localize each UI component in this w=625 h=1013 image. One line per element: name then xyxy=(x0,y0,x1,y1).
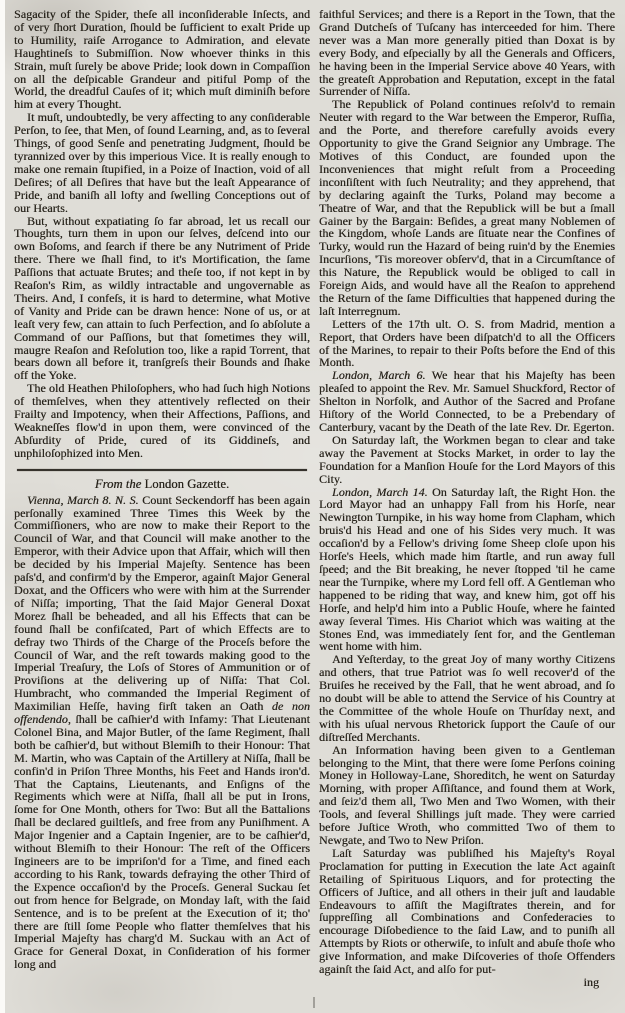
article-paragraph: The old Heathen Philoſophers, who had ſu… xyxy=(14,382,310,459)
article-paragraph: London, March 14. On Saturday laſt, the … xyxy=(319,486,615,654)
dateline-vienna: Vienna, March 8. N. S. xyxy=(27,493,139,507)
paragraph-text: On Saturday laſt, the Right Hon. the Lor… xyxy=(319,485,615,654)
gazette-heading-from: From the xyxy=(95,477,141,491)
section-divider xyxy=(17,469,307,471)
scan-artifact-mark xyxy=(313,997,315,1008)
scanned-page: Sagacity of the Spider, theſe all inconſ… xyxy=(0,0,625,1013)
left-column: Sagacity of the Spider, theſe all inconſ… xyxy=(14,8,310,971)
dateline-london-march-6: London, March 6. xyxy=(332,368,426,382)
right-column: faithful Services; and there is a Report… xyxy=(319,8,615,989)
article-paragraph: Letters of the 17th ult. O. S. from Madr… xyxy=(319,318,615,370)
catchword: ing xyxy=(319,976,615,989)
article-paragraph: It muſt, undoubtedly, be very affecting … xyxy=(14,111,310,214)
article-paragraph: On Saturday laſt, the Workmen began to c… xyxy=(319,434,615,486)
article-paragraph: But, without expatiating ſo far abroad, … xyxy=(14,215,310,383)
article-paragraph: The Republick of Poland continues reſolv… xyxy=(319,98,615,317)
newspaper-page: Sagacity of the Spider, theſe all inconſ… xyxy=(5,0,625,1013)
dateline-london-march-14: London, March 14. xyxy=(332,485,428,499)
article-paragraph: London, March 6. We hear that his Majeſt… xyxy=(319,369,615,434)
article-paragraph: Laſt Saturday was publiſhed his Majeſty'… xyxy=(319,847,615,976)
article-paragraph: An Information having been given to a Ge… xyxy=(319,744,615,847)
article-paragraph: Sagacity of the Spider, theſe all inconſ… xyxy=(14,8,310,111)
article-paragraph: And Yeſterday, to the great Joy of many … xyxy=(319,653,615,743)
article-paragraph: Vienna, March 8. N. S. Count Seckendorff… xyxy=(14,494,310,972)
paragraph-text: Count Seckendorff has been again perſona… xyxy=(14,493,310,714)
section-heading: From the London Gazette. xyxy=(14,478,310,491)
paragraph-text: , ſhall be caſhier'd with Infamy: That L… xyxy=(14,712,310,971)
article-paragraph: faithful Services; and there is a Report… xyxy=(319,8,615,98)
gazette-heading-title: London Gazette. xyxy=(144,477,229,491)
